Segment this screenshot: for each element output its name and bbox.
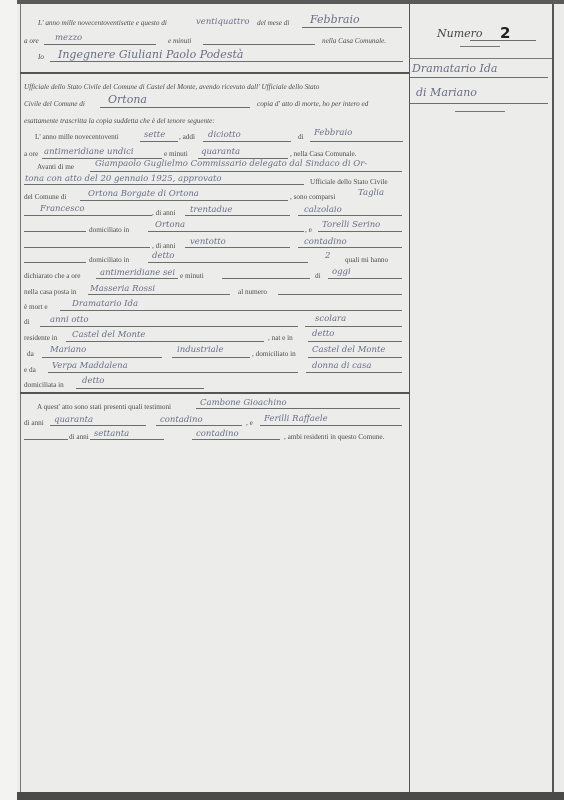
underline [24,247,150,248]
underline [88,294,230,295]
act-r14-a: residente in [24,334,57,342]
underline [90,439,164,440]
underline [40,326,298,327]
underline [80,200,288,201]
act-mother-city: detto [82,376,104,386]
witness-line-2a: di anni [24,419,44,427]
act-city1: Ortona [155,220,185,230]
section-divider [20,392,409,394]
underline [192,439,280,440]
act-r15-b: , domiciliato in [252,350,296,358]
underline [44,44,156,45]
act-comune: Ortona Borgate di Ortona [88,189,199,199]
underline [410,77,548,78]
act-r12-a: è mort e [24,303,48,311]
act-job1: calzolaio [304,205,342,215]
act-r9-a: domiciliato in [89,256,129,264]
act-r16-a: e da [24,366,36,374]
underline [76,388,204,389]
act-r7-a: domiciliato in [89,226,129,234]
act-r15-a: da [27,350,34,358]
divider [455,111,505,112]
underline [306,372,402,373]
act-father-city: Castel del Monte [312,345,385,355]
witness1-job: contadino [160,415,203,425]
divider [409,58,552,59]
act-place: Masseria Rossi [90,284,155,294]
underline [48,372,298,373]
underline [100,107,250,108]
intro-officer: Ingegnere Giuliani Paolo Podestà [58,48,243,61]
underline [60,310,402,311]
underline [50,425,146,426]
underline [148,231,304,232]
underline [203,141,291,142]
act-day: diciotto [208,130,241,140]
witness2-name: Ferilli Raffaele [264,414,328,424]
act-age1: trentadue [190,205,232,215]
act-city2: detto [152,251,174,261]
margin-name-1: Dramatario Ida [412,62,497,75]
act-r17-a: domiciliata in [24,381,64,389]
underline [172,357,250,358]
act-mark: 2 [325,251,330,261]
transcription-comune: Ortona [108,93,147,106]
bottom-border [17,792,564,800]
witness1-age: quaranta [54,415,93,425]
act-r13-a: di [24,318,30,326]
act-deceased-name: Dramatario Ida [72,299,138,309]
act-father-job: industriale [177,345,223,355]
underline [140,141,178,142]
underline [298,247,402,248]
act-death-hour: antimeridiane sei [100,268,175,278]
intro-month: Febbraio [310,13,360,26]
act-witness1: Taglia [358,188,384,198]
intro-text-3a: Io [38,53,44,61]
underline [260,425,402,426]
underline [24,184,304,185]
act-r1-a: L' anno mille novecentoventi [35,133,119,141]
underline [305,326,402,327]
witness2-job: contadino [196,429,239,439]
intro-text-2c: nella Casa Comunale. [322,37,386,45]
underline [24,215,152,216]
intro-text-1b: del mese di [257,19,289,27]
civil-registry-page: L' anno mille novecentoventisette e ques… [0,0,564,800]
act-r1-c: di [298,133,304,141]
intro-day: ventiquattro [196,17,249,27]
act-hour: antimeridiane undici [44,147,134,157]
act-r10-a: dichiarato che a ore [24,272,80,280]
underline [24,262,86,263]
act-r14-b: , nat e in [268,334,293,342]
act-year: sette [144,130,165,140]
underline [310,141,403,142]
act-witness1-cont: Francesco [40,204,85,214]
act-r11-b: al numero [238,288,267,296]
underline [308,341,402,342]
act-deceased-age: anni otto [50,315,89,325]
act-officer: Giampaolo Guglielmo Commissario delegato… [95,159,367,169]
act-r1-b: , addì [179,133,195,141]
act-deceased-status: scolara [315,314,346,324]
witness-line-2b: , e [246,419,253,427]
underline [318,231,402,232]
divider [460,46,500,47]
underline [24,231,86,232]
witness-line-1: A quest' atto sono stati presenti quali … [37,403,171,411]
underline [308,357,402,358]
underline [185,215,290,216]
section-divider [20,72,409,74]
act-age2: ventotto [190,237,226,247]
underline [24,439,68,440]
underline [185,247,290,248]
transcription-line-2a: Civile del Comune di [24,100,85,108]
underline [50,61,403,62]
margin-column-border [552,4,554,792]
act-officer-cont: tona con atto del 20 gennaio 1925, appro… [25,174,222,184]
underline [222,278,310,279]
act-r4-b: Ufficiale dello Stato Civile [310,178,388,186]
transcription-line-1: Ufficiale dello Stato Civile del Comune … [24,83,319,91]
act-r5-b: , sono comparsi [290,193,335,201]
underline [42,357,162,358]
intro-text-2a: a ore [24,37,39,45]
underline [298,215,402,216]
underline [328,278,402,279]
act-r2-a: a ore [24,150,38,158]
act-mother-job: donna di casa [312,361,371,371]
act-r8-a: , di anni [152,242,175,250]
act-death-day: oggi [332,267,351,277]
underline [410,103,548,104]
underline [66,341,264,342]
intro-text-2b: e minuti [168,37,191,45]
underline [470,40,536,41]
act-r2-c: , nella Casa Comunale. [290,150,356,158]
witness-line-3a: di anni [69,433,89,441]
numero-label: Numero [437,27,483,40]
page-edge [0,0,17,800]
act-r2-b: e minuti [164,150,188,158]
underline [203,44,315,45]
witness-line-3b: , ambi residenti in questo Comune. [284,433,384,441]
act-r3-a: Avanti di me [37,163,74,171]
act-witness2: Torelli Serino [322,220,380,230]
transcription-line-2b: copia d' atto di morte, ho per intero ed [257,100,368,108]
underline [196,408,400,409]
act-r10-b: e minuti [180,272,204,280]
intro-hour: mezzo [55,33,82,43]
act-minutes: quaranta [201,147,240,157]
underline [96,278,178,279]
act-job2: contadino [304,237,347,247]
witness2-age: settanta [94,429,129,439]
act-r7-b: , e [305,226,312,234]
witness1-name: Cambone Gioachino [200,398,287,408]
act-r11-a: nella casa posta in [24,288,77,296]
act-r10-c: di [315,272,321,280]
intro-text-1a: L' anno mille novecentoventisette e ques… [38,19,167,27]
act-residence: Castel del Monte [72,330,145,340]
act-r9-b: quali mi hanno [345,256,388,264]
underline [302,27,402,28]
transcription-line-3: esattamente trascritta la copia suddetta… [24,117,215,125]
act-birthplace: detto [312,329,334,339]
underline [90,171,402,172]
underline [148,262,308,263]
margin-name-2: di Mariano [416,86,477,99]
underline [156,425,242,426]
act-father: Mariano [50,345,86,355]
act-mother: Verpa Maddalena [52,361,128,371]
act-r6-a: , di anni [152,209,175,217]
act-month: Febbraio [314,128,352,138]
act-r5-a: del Comune di [24,193,66,201]
underline [278,294,402,295]
